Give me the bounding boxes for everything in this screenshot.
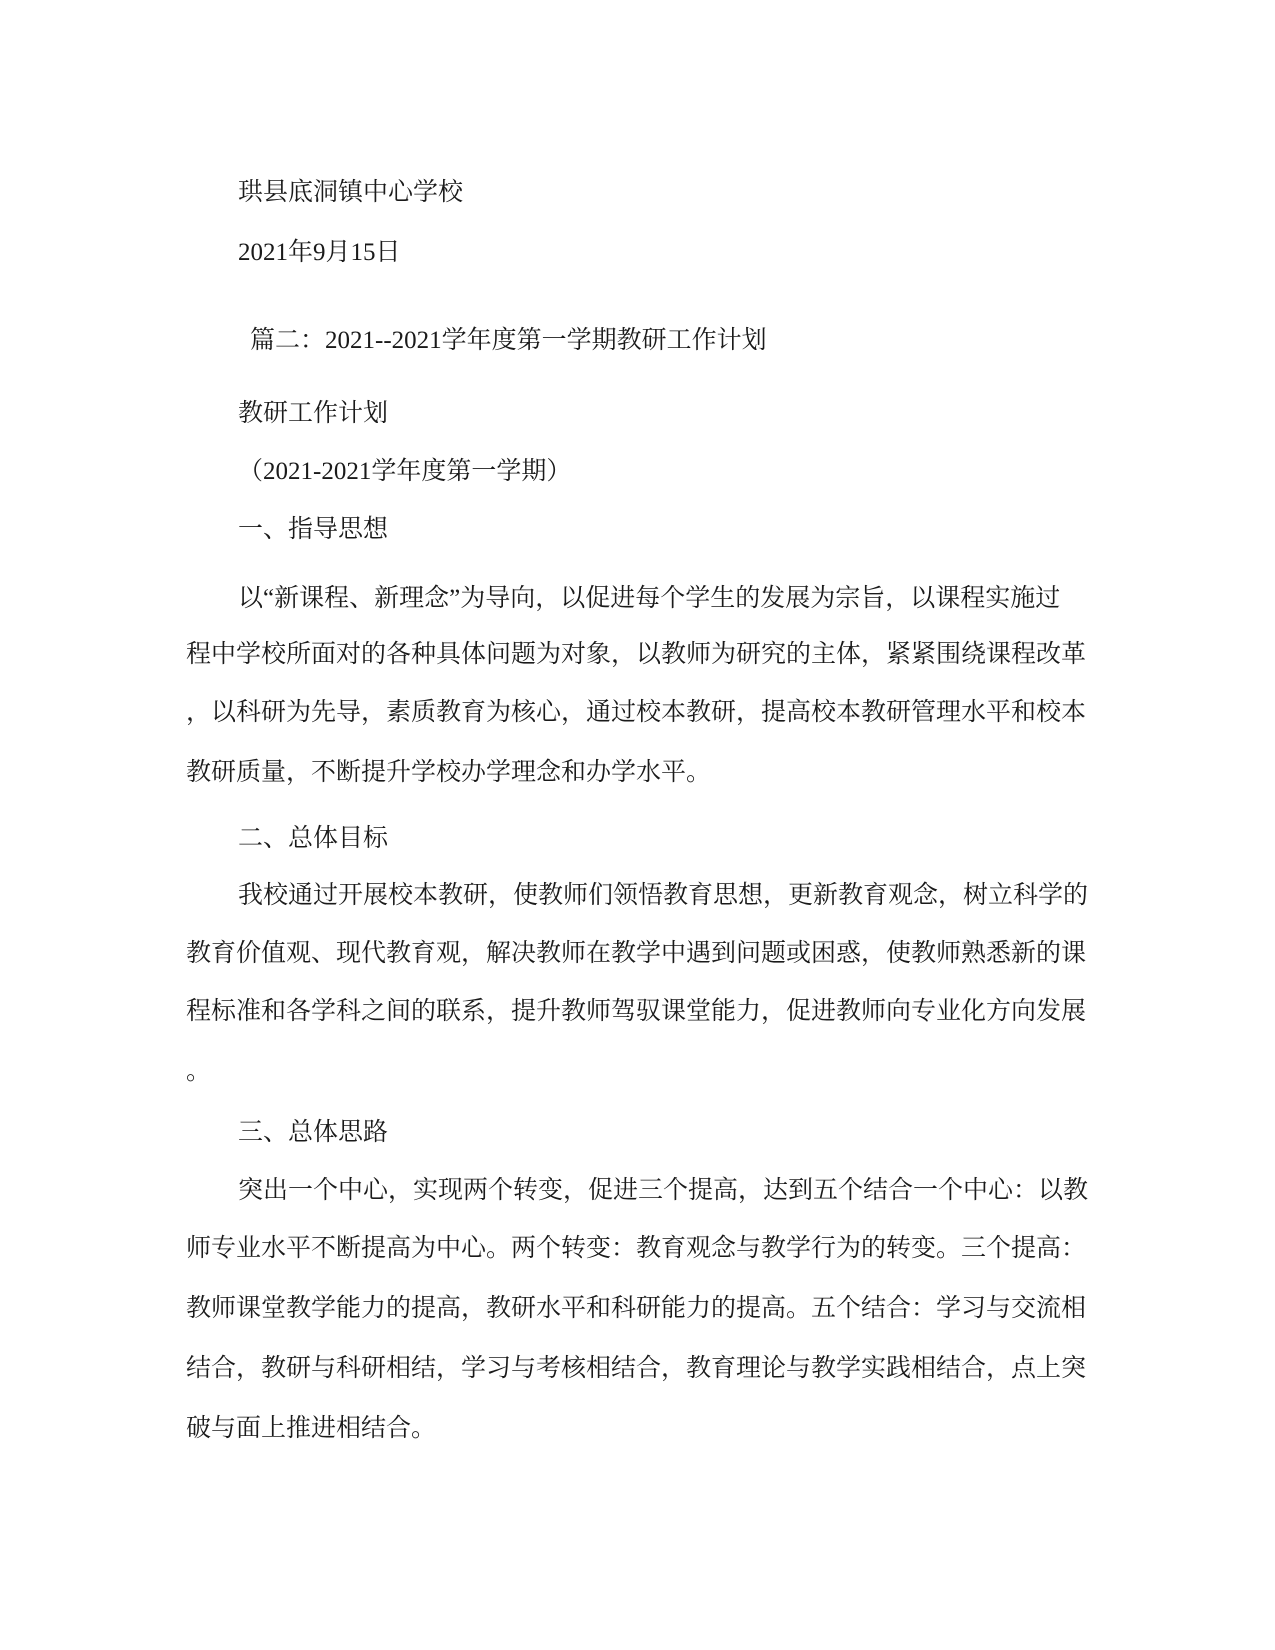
body-line: 程中学校所面对的各种具体问题为对象，以教师为研究的主体，紧紧围绕课程改革 — [186, 642, 1086, 667]
date-line: 2021年9月15日 — [238, 240, 401, 265]
body-line: 教师课堂教学能力的提高，教研水平和科研能力的提高。五个结合：学习与交流相 — [186, 1296, 1086, 1321]
body-line: 教育价值观、现代教育观，解决教师在教学中遇到问题或困惑，使教师熟悉新的课 — [186, 941, 1086, 966]
section-label: 篇二：2021--2021学年度第一学期教研工作计划 — [250, 328, 767, 353]
section-heading: 二、总体目标 — [238, 826, 388, 851]
body-line: 以“新课程、新理念”为导向，以促进每个学生的发展为宗旨，以课程实施过 — [238, 586, 1060, 611]
body-line: 我校通过开展校本教研，使教师们领悟教育思想，更新教育观念，树立科学的 — [238, 883, 1088, 908]
doc-subtitle: （2021-2021学年度第一学期） — [238, 459, 571, 484]
body-line: 破与面上推进相结合。 — [186, 1416, 436, 1441]
body-line: 师专业水平不断提高为中心。两个转变：教育观念与教学行为的转变。三个提高： — [186, 1236, 1086, 1261]
doc-title: 教研工作计划 — [238, 401, 388, 426]
body-line: 突出一个中心，实现两个转变，促进三个提高，达到五个结合一个中心：以教 — [238, 1178, 1088, 1203]
body-line: 结合，教研与科研相结，学习与考核相结合，教育理论与教学实践相结合，点上突 — [186, 1356, 1086, 1381]
body-line: ，以科研为先导，素质教育为核心，通过校本教研，提高校本教研管理水平和校本 — [186, 700, 1086, 725]
document-page: 珙县底洞镇中心学校2021年9月15日篇二：2021--2021学年度第一学期教… — [0, 0, 1275, 1650]
section-heading: 一、指导思想 — [238, 517, 388, 542]
body-line: 。 — [186, 1059, 211, 1084]
school-name: 珙县底洞镇中心学校 — [238, 180, 463, 205]
body-line: 程标准和各学科之间的联系，提升教师驾驭课堂能力，促进教师向专业化方向发展 — [186, 999, 1086, 1024]
section-heading: 三、总体思路 — [238, 1120, 388, 1145]
body-line: 教研质量，不断提升学校办学理念和办学水平。 — [186, 760, 711, 785]
